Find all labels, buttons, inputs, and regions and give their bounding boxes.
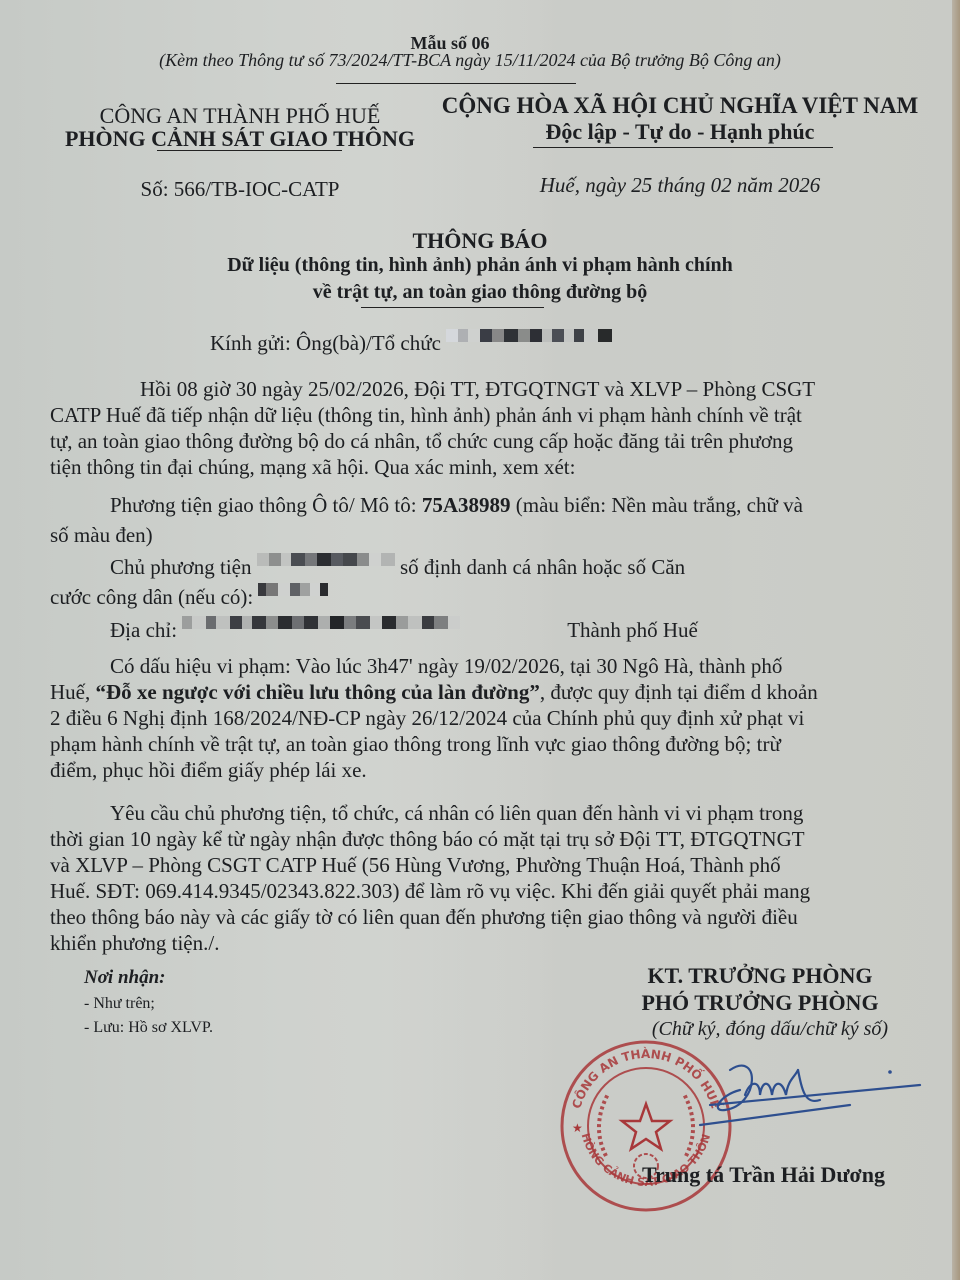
request-line: thời gian 10 ngày kể từ ngày nhận được t… — [50, 825, 805, 853]
intro-line: tiện thông tin đại chúng, mạng xã hội. Q… — [50, 453, 575, 481]
divider — [361, 307, 544, 308]
request-line: Yêu cầu chủ phương tiện, tổ chức, cá nhâ… — [110, 799, 803, 827]
intro-line: Hồi 08 giờ 30 ngày 25/02/2026, Đội TT, Đ… — [140, 375, 815, 403]
address-label: Địa chỉ: — [110, 618, 177, 642]
recipient-item: - Lưu: Hồ sơ XLVP. — [84, 1019, 213, 1037]
svg-text:★: ★ — [572, 1121, 583, 1135]
document-title: THÔNG BÁO — [0, 228, 960, 254]
place-date: Huế, ngày 25 tháng 02 năm 2026 — [430, 173, 930, 198]
vehicle-line: Phương tiện giao thông Ô tô/ Mô tô: 75A3… — [110, 491, 803, 519]
address-city: Thành phố Huế — [567, 618, 698, 642]
license-plate: 75A38989 — [422, 493, 511, 517]
violation-line: Có dấu hiệu vi phạm: Vào lúc 3h47' ngày … — [110, 652, 782, 680]
intro-line: CATP Huế đã tiếp nhận dữ liệu (thông tin… — [50, 401, 802, 429]
document-number: Số: 566/TB-IOC-CATP — [50, 177, 430, 202]
redacted-address — [182, 616, 562, 642]
signer-name: Trung tá Trần Hải Dương — [642, 1162, 885, 1188]
divider — [157, 150, 342, 151]
divider — [336, 83, 576, 84]
id-label: số định danh cá nhân hoặc số Căn — [400, 555, 685, 579]
owner-label: Chủ phương tiện — [110, 555, 251, 579]
violation-name: “Đỗ xe ngược với chiều lưu thông của làn… — [96, 680, 540, 704]
redacted-recipient — [446, 329, 612, 355]
address-line: Địa chỉ: Thành phố Huế — [110, 616, 698, 645]
violation-line: Huế, “Đỗ xe ngược với chiều lưu thông củ… — [50, 678, 818, 706]
form-reference: (Kèm theo Thông tư số 73/2024/TT-BCA ngà… — [40, 50, 900, 71]
divider — [533, 147, 833, 148]
redacted-id — [258, 583, 328, 609]
id-line: cước công dân (nếu có): — [50, 583, 328, 612]
plate-color-cont: số màu đen) — [50, 521, 153, 549]
nation-motto: Độc lập - Tự do - Hạnh phúc — [430, 119, 930, 145]
handwritten-signature-icon — [690, 1050, 930, 1140]
violation-line: 2 điều 6 Nghị định 168/2024/NĐ-CP ngày 2… — [50, 704, 804, 732]
request-line: Huế. SĐT: 069.414.9345/02343.822.303) để… — [50, 877, 810, 905]
violation-line: điểm, phục hồi điểm giấy phép lái xe. — [50, 756, 367, 784]
owner-line: Chủ phương tiện số định danh cá nhân hoặ… — [110, 553, 685, 582]
redacted-owner-name — [257, 553, 395, 579]
violation-line: phạm hành chính về trật tự, an toàn giao… — [50, 730, 781, 758]
intro-line: tự, an toàn giao thông đường bộ do cá nh… — [50, 427, 793, 455]
document-subtitle: về trật tự, an toàn giao thông đường bộ — [0, 281, 960, 304]
plate-color: (màu biển: Nền màu trắng, chữ và — [516, 493, 803, 517]
signature-line-2: PHÓ TRƯỞNG PHÒNG — [580, 990, 940, 1016]
recipient-item: - Như trên; — [84, 995, 155, 1013]
request-line: và XLVP – Phòng CSGT CATP Huế (56 Hùng V… — [50, 851, 781, 879]
agency-name: PHÒNG CẢNH SÁT GIAO THÔNG — [45, 126, 435, 152]
vehicle-label: Phương tiện giao thông Ô tô/ Mô tô: — [110, 493, 417, 517]
recipients-heading: Nơi nhận: — [84, 967, 165, 989]
request-line: theo thông báo này và các giấy tờ có liê… — [50, 903, 798, 931]
request-line: khiển phương tiện./. — [50, 929, 219, 957]
recipient-label: Kính gửi: Ông(bà)/Tổ chức — [210, 331, 441, 355]
paper-edge — [952, 0, 960, 1280]
recipient-line: Kính gửi: Ông(bà)/Tổ chức — [210, 329, 612, 358]
nation-title: CỘNG HÒA XÃ HỘI CHỦ NGHĨA VIỆT NAM — [430, 93, 930, 119]
document-subtitle: Dữ liệu (thông tin, hình ảnh) phản ánh v… — [0, 254, 960, 277]
id-label-cont: cước công dân (nếu có): — [50, 585, 253, 609]
signature-line-1: KT. TRƯỞNG PHÒNG — [580, 963, 940, 989]
